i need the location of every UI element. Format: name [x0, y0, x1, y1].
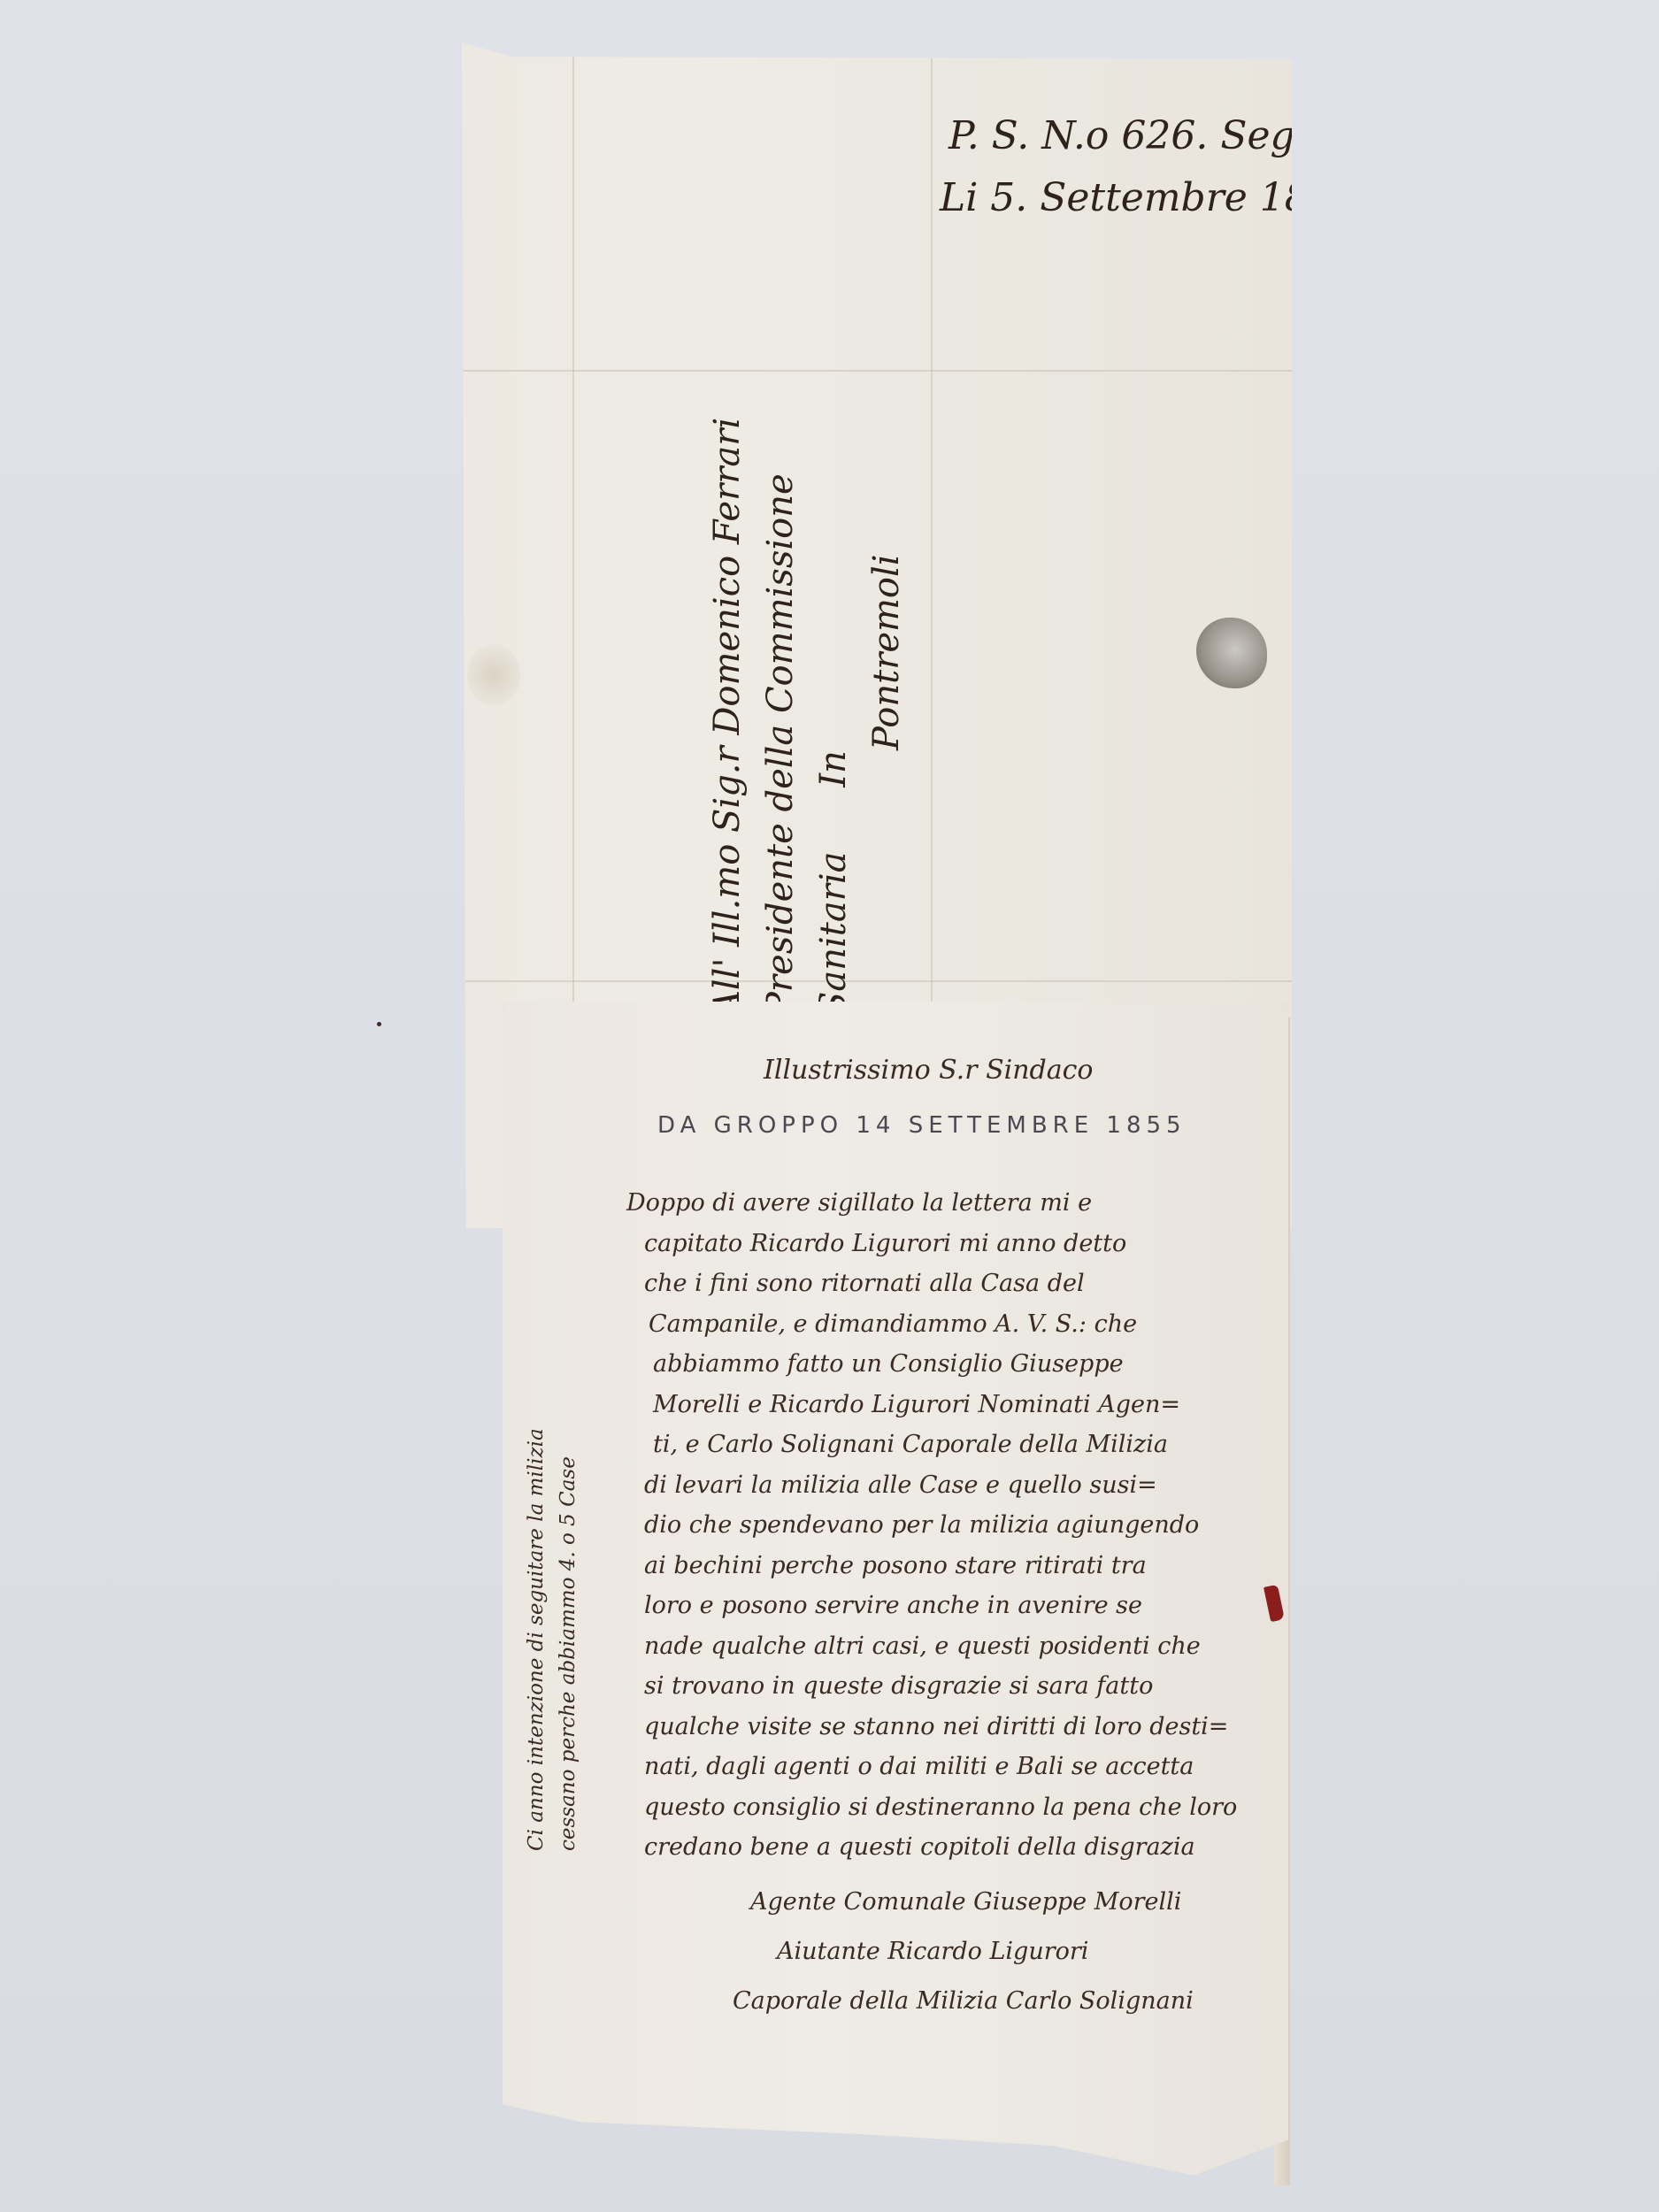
wax-seal-remnant-icon [1196, 618, 1267, 688]
body-line: si trovano in queste disgrazie si sara f… [644, 1666, 1281, 1707]
cover-date: Li 5. Settembre 1855. [940, 175, 1371, 220]
address-line-1: All' Ill.mo Sig.r Domenico Ferrari [701, 396, 754, 1016]
body-line: nati, dagli agenti o dai militi e Bali s… [644, 1747, 1281, 1787]
body-line: ai bechini perche posono stare ritirati … [644, 1546, 1281, 1586]
body-line: nade qualche altri casi, e questi poside… [644, 1626, 1281, 1667]
ink-spot [377, 1022, 381, 1026]
body-line: qualche visite se stanno nei diritti di … [644, 1707, 1281, 1747]
body-line: Morelli e Ricardo Ligurori Nominati Agen… [653, 1385, 1281, 1425]
margin-note-line-2: cessano perche abbiammo 4. o 5 Case [552, 1179, 584, 1851]
address-line-3-text: Sanitaria [813, 852, 854, 1017]
body-line: di levari la milizia alle Case e quello … [644, 1465, 1281, 1506]
salutation: Illustrissimo S.r Sindaco [764, 1055, 1094, 1086]
address-line-4: Pontremoli [860, 396, 913, 750]
margin-note-line-1: Ci anno intenzione di seguitare la miliz… [520, 1179, 552, 1851]
address-line-2: Presidente della Commissione [754, 396, 807, 1016]
body-line: Doppo di avere sigillato la lettera mi e [626, 1183, 1281, 1224]
pencil-date-note: DA GROPPO 14 SETTEMBRE 1855 [657, 1112, 1187, 1139]
signature-agente: Agente Comunale Giuseppe Morelli [750, 1878, 1194, 1927]
body-line: credano bene a questi copitoli della dis… [644, 1827, 1281, 1868]
recipient-address: All' Ill.mo Sig.r Domenico Ferrari Presi… [701, 396, 904, 1016]
address-line-4-prefix: In [813, 750, 854, 787]
body-line: questo consiglio si destineranno la pena… [644, 1787, 1281, 1828]
body-line: ti, e Carlo Solignani Caporale della Mil… [653, 1425, 1281, 1465]
body-line: capitato Ricardo Ligurori mi anno detto [644, 1224, 1281, 1264]
signature-caporale: Caporale della Milizia Carlo Solignani [733, 1977, 1194, 2026]
letter-body: Doppo di avere sigillato la lettera mi e… [626, 1183, 1281, 1868]
address-line-3: Sanitaria In [807, 396, 860, 1016]
fold-line [462, 370, 1292, 372]
margin-note: Ci anno intenzione di seguitare la miliz… [520, 1179, 584, 1851]
body-line: Campanile, e dimandiammo A. V. S.: che [649, 1304, 1281, 1345]
body-line: dio che spendevano per la milizia agiung… [644, 1505, 1281, 1546]
signature-block: Agente Comunale Giuseppe Morelli Aiutant… [750, 1878, 1194, 2026]
letter-sheet: Illustrissimo S.r Sindaco DA GROPPO 14 S… [503, 1002, 1288, 2187]
reference-number: P. S. N.o 626. Seg. 2. [949, 113, 1357, 158]
body-line: che i fini sono ritornati alla Casa del [644, 1263, 1281, 1304]
wax-residue-left [467, 644, 520, 706]
signature-aiutante: Aiutante Ricardo Ligurori [777, 1927, 1194, 1977]
body-line: loro e posono servire anche in avenire s… [644, 1586, 1281, 1626]
body-line: abbiammo fatto un Consiglio Giuseppe [653, 1344, 1281, 1385]
